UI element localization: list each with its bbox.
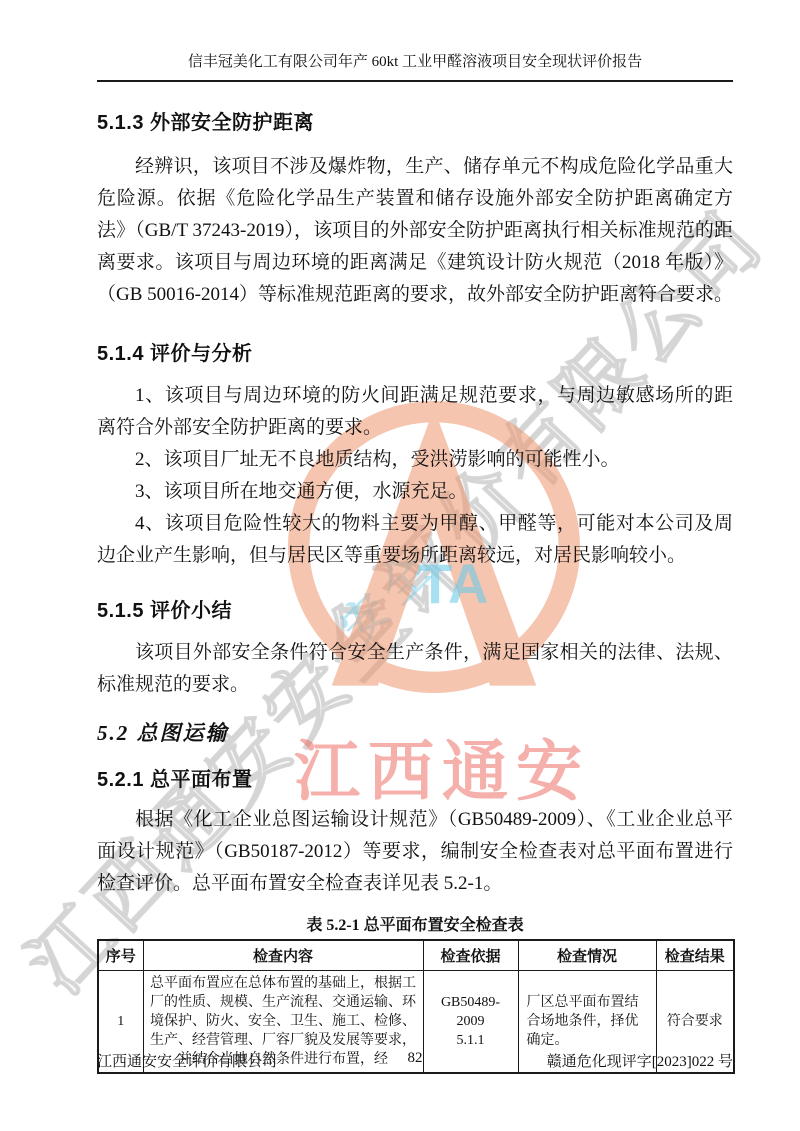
heading-5-1-4: 5.1.4 评价与分析 bbox=[97, 337, 733, 366]
col-header-result: 检查结果 bbox=[656, 940, 734, 970]
heading-5-1-5: 5.1.5 评价小结 bbox=[97, 594, 733, 623]
page-content: 信丰冠美化工有限公司年产 60kt 工业甲醛溶液项目安全现状评价报告 5.1.3… bbox=[0, 0, 800, 1074]
table-caption: 表 5.2-1 总平面布置安全检查表 bbox=[97, 912, 733, 935]
heading-5-1-3: 5.1.3 外部安全防护距离 bbox=[97, 106, 733, 135]
paragraph-5-2-1: 根据《化工企业总图运输设计规范》（GB50489-2009）、《工业企业总平面设… bbox=[97, 804, 733, 900]
list-item-3: 3、该项目所在地交通方便，水源充足。 bbox=[97, 476, 733, 508]
document-page: 江西通安安全评价有限公司 安全 TA 江西通安 信丰冠美化工有限公司年产 60k… bbox=[0, 0, 800, 1131]
paragraph-5-1-5: 该项目外部安全条件符合安全生产条件，满足国家相关的法律、法规、标准规范的要求。 bbox=[97, 637, 733, 701]
col-header-content: 检查内容 bbox=[143, 940, 423, 970]
list-item-1: 1、该项目与周边环境的防火间距满足规范要求，与周边敏感场所的距离符合外部安全防护… bbox=[97, 380, 733, 444]
list-item-2: 2、该项目厂址无不良地质结构，受洪涝影响的可能性小。 bbox=[97, 444, 733, 476]
page-header: 信丰冠美化工有限公司年产 60kt 工业甲醛溶液项目安全现状评价报告 bbox=[97, 0, 733, 82]
basis-clause: 5.1.1 bbox=[429, 1031, 513, 1050]
col-header-basis: 检查依据 bbox=[423, 940, 518, 970]
paragraph-5-1-3: 经辨识，该项目不涉及爆炸物，生产、储存单元不构成危险化学品重大危险源。依据《危险… bbox=[97, 151, 733, 311]
footer-doc-number: 赣通危化现评字[2023]022 号 bbox=[547, 1050, 733, 1071]
table-header-row: 序号 检查内容 检查依据 检查情况 检查结果 bbox=[98, 940, 734, 970]
heading-5-2-1: 5.2.1 总平面布置 bbox=[97, 763, 733, 792]
list-item-4: 4、该项目危险性较大的物料主要为甲醇、甲醛等，可能对本公司及周边企业产生影响，但… bbox=[97, 508, 733, 572]
col-header-no: 序号 bbox=[98, 940, 143, 970]
report-title: 信丰冠美化工有限公司年产 60kt 工业甲醛溶液项目安全现状评价报告 bbox=[188, 54, 642, 70]
basis-standard: GB50489-2009 bbox=[429, 993, 513, 1031]
col-header-situation: 检查情况 bbox=[518, 940, 656, 970]
heading-5-2: 5.2 总图运输 bbox=[97, 717, 733, 747]
